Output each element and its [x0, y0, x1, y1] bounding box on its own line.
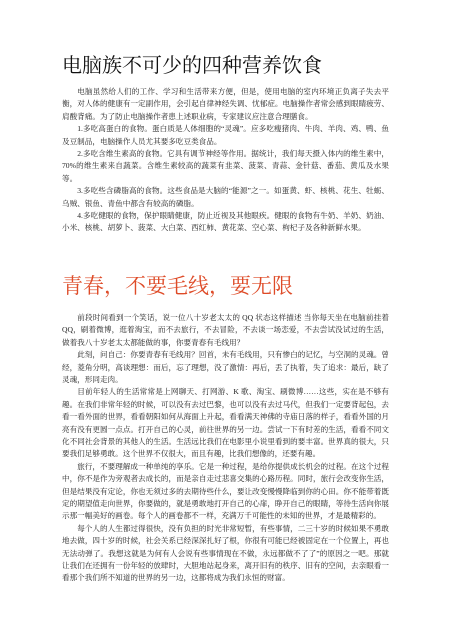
section2-title: 青春，不要毛线，要无限: [62, 274, 389, 298]
document-page: 电脑族不可少的四种营养饮食 电脑虽然给人们的工作、学习和生活带来方便，但是，使用…: [0, 0, 451, 638]
section2-paragraph-2: 此刻，问自己：你要青春有毛线用？回首，未有毛线用，只有惨白的记忆，与空洞的灵魂。…: [62, 349, 389, 386]
section1-paragraph-intro: 电脑虽然给人们的工作、学习和生活带来方便，但是，使用电脑的室内环境正负离子失去平…: [62, 86, 389, 123]
section2-paragraph-1: 前段时间看到一个笑话，说一位八十岁老太太的 QQ 状态这样描述 当你每天坐在电脑…: [62, 312, 389, 349]
section1-title: 电脑族不可少的四种营养饮食: [62, 55, 389, 77]
section1-paragraph-item2: 2.多吃含维生素高的食物。它具有调节神经等作用。据统计，我们每天摄入体内的维生素…: [62, 148, 389, 185]
section1-paragraph-item1: 1.多吃高蛋白的食物。蛋白质是人体细胞的“灵魂”。应多吃瘦猪肉、牛肉、羊肉、鸡、…: [62, 123, 389, 148]
section2-paragraph-4: 旅行，不要理解成一种单纯的享乐。它是一种过程，是给你提供成长机会的过程。在这个过…: [62, 461, 389, 523]
section1-paragraph-item3: 3.多吃些含磷脂高的食物。这些食品是大脑的“能源”之一。如蛋黄、虾、核桃、花生、…: [62, 185, 389, 210]
document-content: 电脑族不可少的四种营养饮食 电脑虽然给人们的工作、学习和生活带来方便，但是，使用…: [0, 0, 451, 585]
section2-paragraph-3: 目前年轻人的生活常常是上网聊天、打网游、K 歌、淘宝、刷微博……这些，实在是不够…: [62, 386, 389, 460]
section1-paragraph-item4: 4.多吃健眼的食物，保护眼睛健康，防止近视及其他眼疾。健眼的食物有牛奶、羊奶、奶…: [62, 210, 389, 235]
section2-paragraph-5: 每个人的人生都过得很快，没有负担的时光非常短暂，有些事情，二三十岁的时候如果不勇…: [62, 523, 389, 585]
